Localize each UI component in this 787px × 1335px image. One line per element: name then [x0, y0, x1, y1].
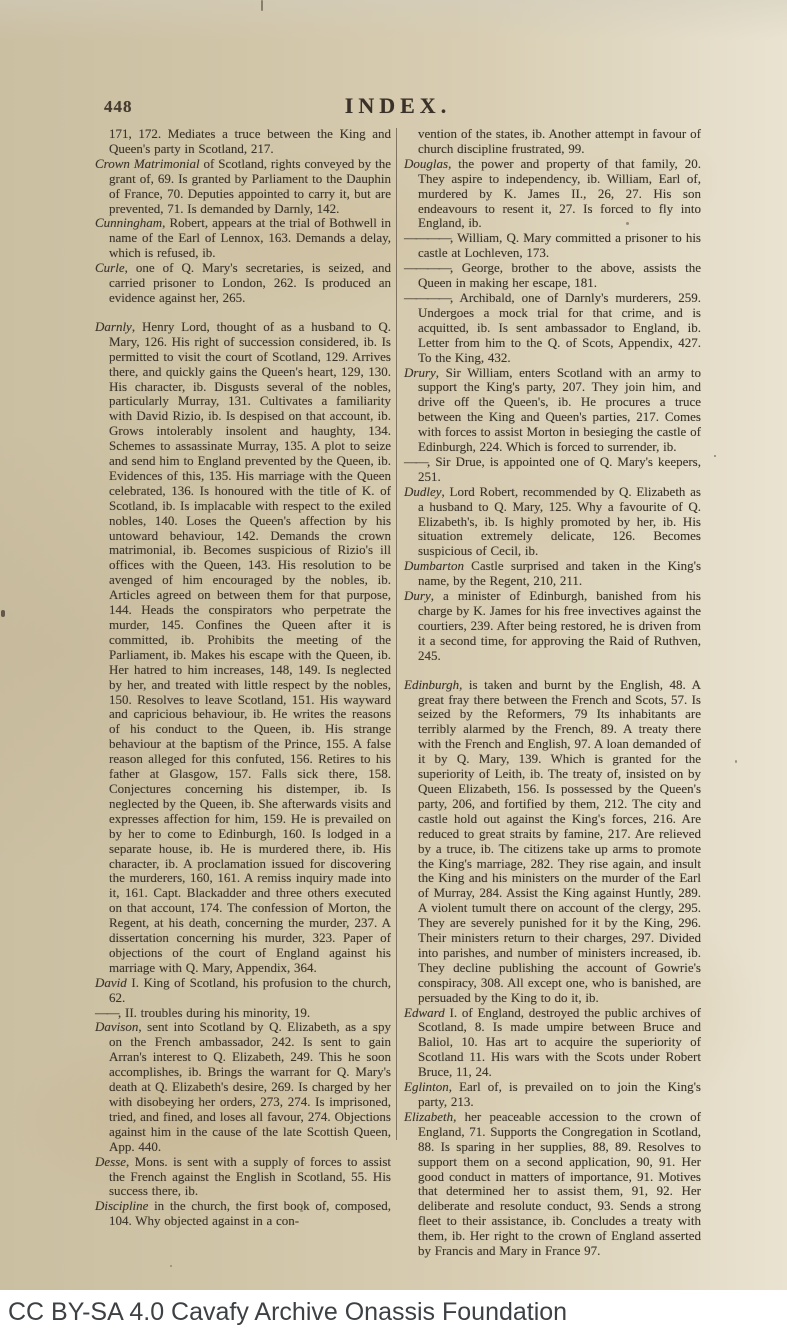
paper-speck [735, 760, 737, 763]
entry-headword: ———— [404, 260, 450, 275]
index-entry: Edinburgh, is taken and burnt by the Eng… [404, 678, 701, 1006]
index-entry: ————, Archibald, one of Darnly's murdere… [404, 291, 701, 366]
index-column-left: 171, 172. Mediates a truce between the K… [95, 127, 391, 1229]
index-entry: Elizabeth, her peaceable accession to th… [404, 1110, 701, 1259]
entry-headword: Douglas [404, 156, 448, 171]
index-entry: Darnly, Henry Lord, thought of as a husb… [95, 320, 391, 976]
paper-speck [170, 1265, 172, 1267]
entry-headword: Desse [95, 1154, 126, 1169]
entry-headword: —— [404, 454, 427, 469]
paper-speck [300, 1210, 303, 1212]
index-entry: Davison, sent into Scotland by Q. Elizab… [95, 1020, 391, 1154]
paper-speck [540, 1180, 542, 1182]
index-entry: Cunningham, Robert, appears at the trial… [95, 216, 391, 261]
index-entry: David I. King of Scotland, his profusion… [95, 976, 391, 1006]
index-entry: Dudley, Lord Robert, recommended by Q. E… [404, 485, 701, 560]
entry-headword: Discipline [95, 1198, 148, 1213]
entry-headword: Dumbarton [404, 558, 464, 573]
entry-headword: ———— [404, 290, 450, 305]
entry-headword: David [95, 975, 127, 990]
entry-headword: ———— [404, 230, 450, 245]
entry-headword: Davison [95, 1019, 138, 1034]
paper-speck [1, 610, 5, 617]
license-caption: CC BY-SA 4.0 Cavafy Archive Onassis Foun… [8, 1298, 567, 1327]
index-entry: ————, George, brother to the above, assi… [404, 261, 701, 291]
entry-headword: Edinburgh [404, 677, 459, 692]
entry-headword: Elizabeth [404, 1109, 453, 1124]
index-entry: Crown Matrimonial of Scotland, rights co… [95, 157, 391, 217]
index-entry: Curle, one of Q. Mary's secretaries, is … [95, 261, 391, 306]
entry-headword: Crown Matrimonial [95, 156, 200, 171]
index-entry: Dury, a minister of Edinburgh, banished … [404, 589, 701, 664]
index-entry: Eglinton, Earl of, is prevailed on to jo… [404, 1080, 701, 1110]
index-entry: vention of the states, ib. Another attem… [404, 127, 701, 157]
entry-headword: —— [95, 1005, 118, 1020]
index-entry: 171, 172. Mediates a truce between the K… [95, 127, 391, 157]
index-entry: Drury, Sir William, enters Scotland with… [404, 366, 701, 455]
entry-headword: Darnly [95, 319, 132, 334]
entry-headword: Edward [404, 1005, 445, 1020]
index-entry: ————, William, Q. Mary committed a priso… [404, 231, 701, 261]
index-column-right: vention of the states, ib. Another attem… [404, 127, 701, 1259]
index-entry: Discipline in the church, the first book… [95, 1199, 391, 1229]
index-entry: ——, II. troubles during his minority, 19… [95, 1006, 391, 1021]
index-entry: Dumbarton Castle surprised and taken in … [404, 559, 701, 589]
entry-headword: Drury [404, 365, 436, 380]
paper-speck [626, 222, 629, 225]
entry-headword: Curle [95, 260, 125, 275]
entry-headword: Dudley [404, 484, 442, 499]
index-entry: Edward I. of England, destroyed the publ… [404, 1006, 701, 1081]
index-entry: Douglas, the power and property of that … [404, 157, 701, 232]
entry-headword: Eglinton [404, 1079, 449, 1094]
paper-speck [261, 0, 263, 11]
paper-speck [714, 455, 716, 457]
license-strip: CC BY-SA 4.0 Cavafy Archive Onassis Foun… [0, 1290, 787, 1335]
index-entry: ——, Sir Drue, is appointed one of Q. Mar… [404, 455, 701, 485]
scanned-page: 448 INDEX. 171, 172. Mediates a truce be… [0, 0, 787, 1290]
entry-headword: Cunningham [95, 215, 162, 230]
page-title: INDEX. [95, 93, 701, 119]
entry-headword: Dury [404, 588, 431, 603]
index-entry: Desse, Mons. is sent with a supply of fo… [95, 1155, 391, 1200]
column-divider-rule [396, 128, 397, 1140]
